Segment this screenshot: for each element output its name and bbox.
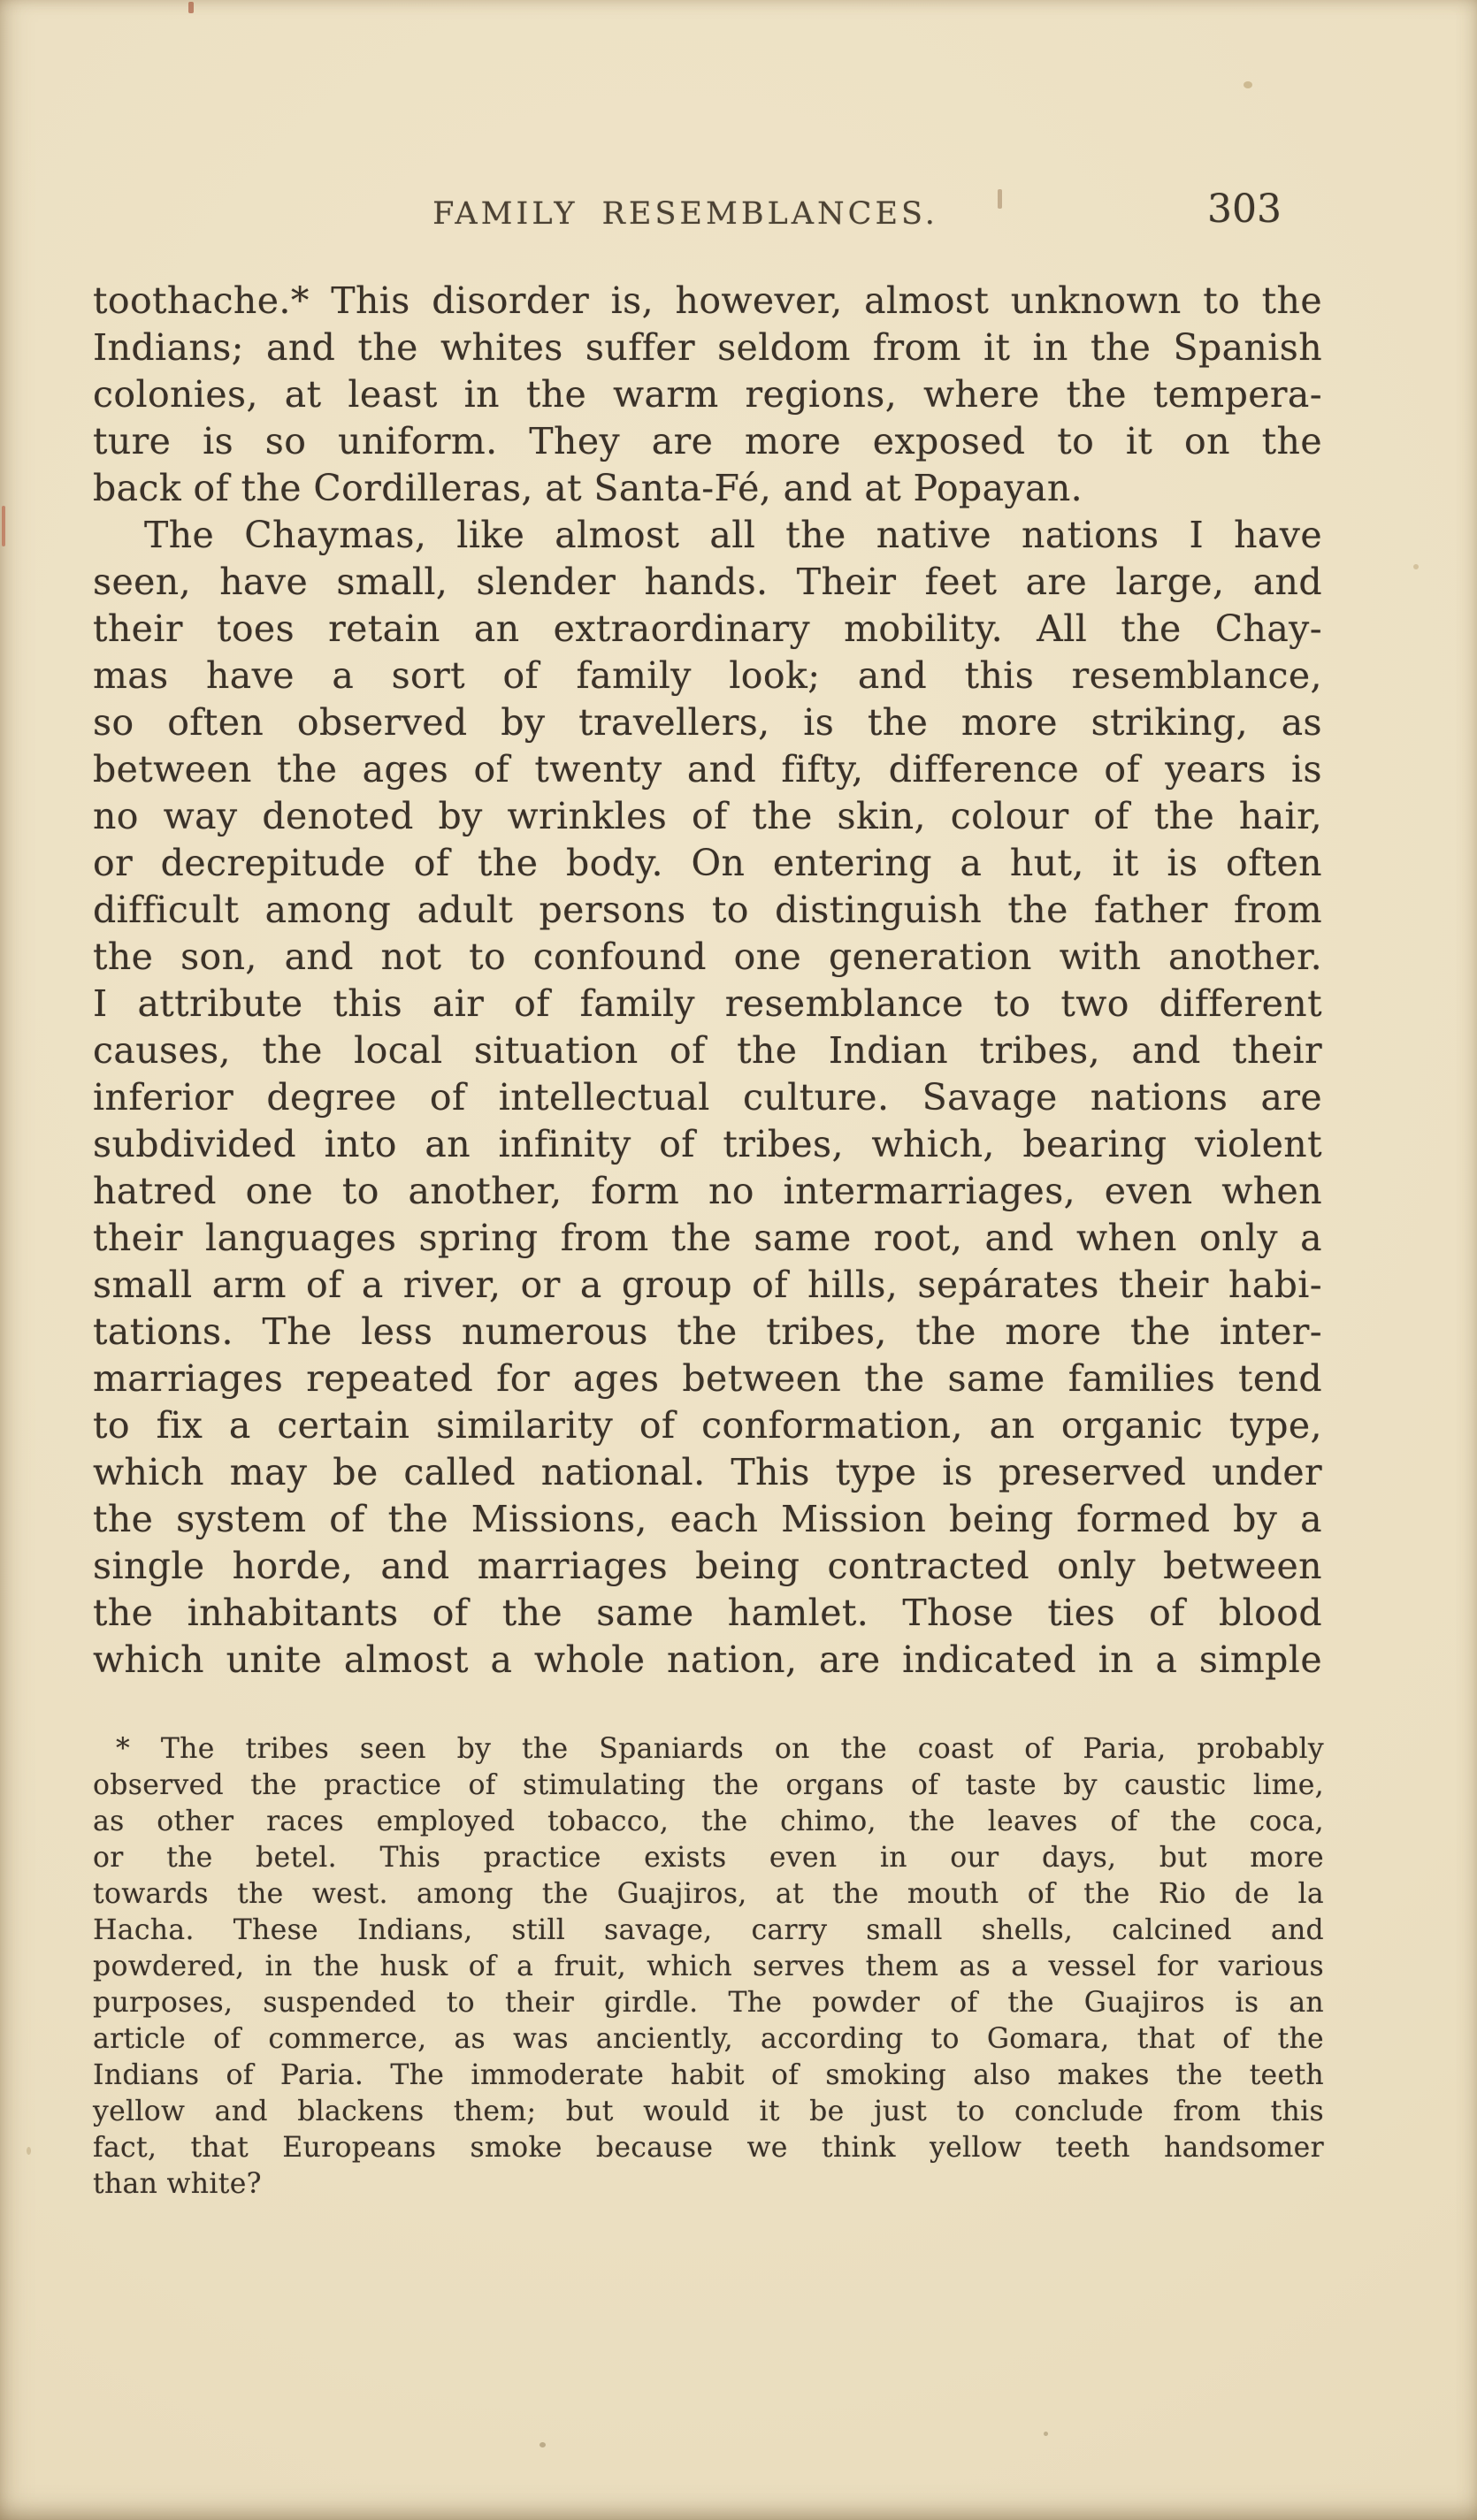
text-line: single horde, and marriages being contra… [93, 1543, 1322, 1590]
main-text-block: toothache.* This disorder is, however, a… [93, 278, 1322, 1684]
text-line: tations. The less numerous the tribes, t… [93, 1309, 1322, 1355]
footnote-block: * The tribes seen by the Spaniards on th… [93, 1731, 1324, 2203]
text-line: or the betel. This practice exists even … [93, 1840, 1324, 1876]
text-line: Indians of Paria. The immoderate habit o… [93, 2058, 1324, 2094]
text-line: hatred one to another, form no intermarr… [93, 1168, 1322, 1215]
paper-speck [1044, 2432, 1048, 2436]
text-line: purposes, suspended to their girdle. The… [93, 1985, 1324, 2021]
text-line: which may be called national. This type … [93, 1449, 1322, 1496]
text-line: marriages repeated for ages between the … [93, 1355, 1322, 1402]
text-line: colonies, at least in the warm regions, … [93, 371, 1322, 418]
text-line: I attribute this air of family resemblan… [93, 981, 1322, 1027]
paragraph: toothache.* This disorder is, however, a… [93, 278, 1322, 512]
text-line: so often observed by travellers, is the … [93, 699, 1322, 746]
text-line: their languages spring from the same roo… [93, 1215, 1322, 1262]
paper-speck [2, 506, 5, 546]
paper-speck [1413, 564, 1419, 569]
page-number: 303 [1207, 187, 1282, 232]
text-line: powdered, in the husk of a fruit, which … [93, 1949, 1324, 1985]
text-line: between the ages of twenty and fifty, di… [93, 746, 1322, 793]
text-line: seen, have small, slender hands. Their f… [93, 559, 1322, 606]
text-line: the son, and not to confound one generat… [93, 934, 1322, 981]
text-line: Indians; and the whites suffer seldom fr… [93, 325, 1322, 371]
text-line: article of commerce, as was anciently, a… [93, 2021, 1324, 2058]
text-line: fact, that Europeans smoke because we th… [93, 2130, 1324, 2166]
text-line: as other races employed tobacco, the chi… [93, 1804, 1324, 1840]
text-line: yellow and blackens them; but would it b… [93, 2094, 1324, 2130]
running-head-title: FAMILY RESEMBLANCES. [432, 196, 938, 232]
page-header: FAMILY RESEMBLANCES. 303 [93, 191, 1322, 239]
text-line: inferior degree of intellectual culture.… [93, 1074, 1322, 1121]
text-line: the system of the Missions, each Mission… [93, 1496, 1322, 1543]
text-line: observed the practice of stimulating the… [93, 1768, 1324, 1804]
book-page: FAMILY RESEMBLANCES. 303 toothache.* Thi… [0, 0, 1477, 2520]
text-line: small arm of a river, or a group of hill… [93, 1262, 1322, 1309]
text-line: toothache.* This disorder is, however, a… [93, 278, 1322, 325]
text-line: The Chaymas, like almost all the native … [93, 512, 1322, 559]
text-line: than white? [93, 2166, 1324, 2203]
text-line: towards the west. among the Guajiros, at… [93, 1876, 1324, 1913]
paper-speck [27, 2147, 31, 2155]
text-line: ture is so uniform. They are more expose… [93, 418, 1322, 465]
paper-speck [188, 2, 194, 13]
text-line: subdivided into an infinity of tribes, w… [93, 1121, 1322, 1168]
paper-speck [540, 2442, 546, 2447]
text-line: or decrepitude of the body. On entering … [93, 840, 1322, 887]
text-line: the inhabitants of the same hamlet. Thos… [93, 1590, 1322, 1637]
text-line: to fix a certain similarity of conformat… [93, 1402, 1322, 1449]
paper-speck [1244, 81, 1252, 88]
text-line: * The tribes seen by the Spaniards on th… [93, 1731, 1324, 1768]
paragraph: The Chaymas, like almost all the native … [93, 512, 1322, 1684]
text-line: their toes retain an extraordinary mobil… [93, 606, 1322, 653]
text-line: no way denoted by wrinkles of the skin, … [93, 793, 1322, 840]
paragraph: * The tribes seen by the Spaniards on th… [93, 1731, 1324, 2203]
text-line: back of the Cordilleras, at Santa-Fé, an… [93, 465, 1322, 512]
text-line: causes, the local situation of the India… [93, 1027, 1322, 1074]
text-line: mas have a sort of family look; and this… [93, 653, 1322, 699]
text-line: difficult among adult persons to disting… [93, 887, 1322, 934]
text-line: which unite almost a whole nation, are i… [93, 1637, 1322, 1684]
text-line: Hacha. These Indians, still savage, carr… [93, 1913, 1324, 1949]
